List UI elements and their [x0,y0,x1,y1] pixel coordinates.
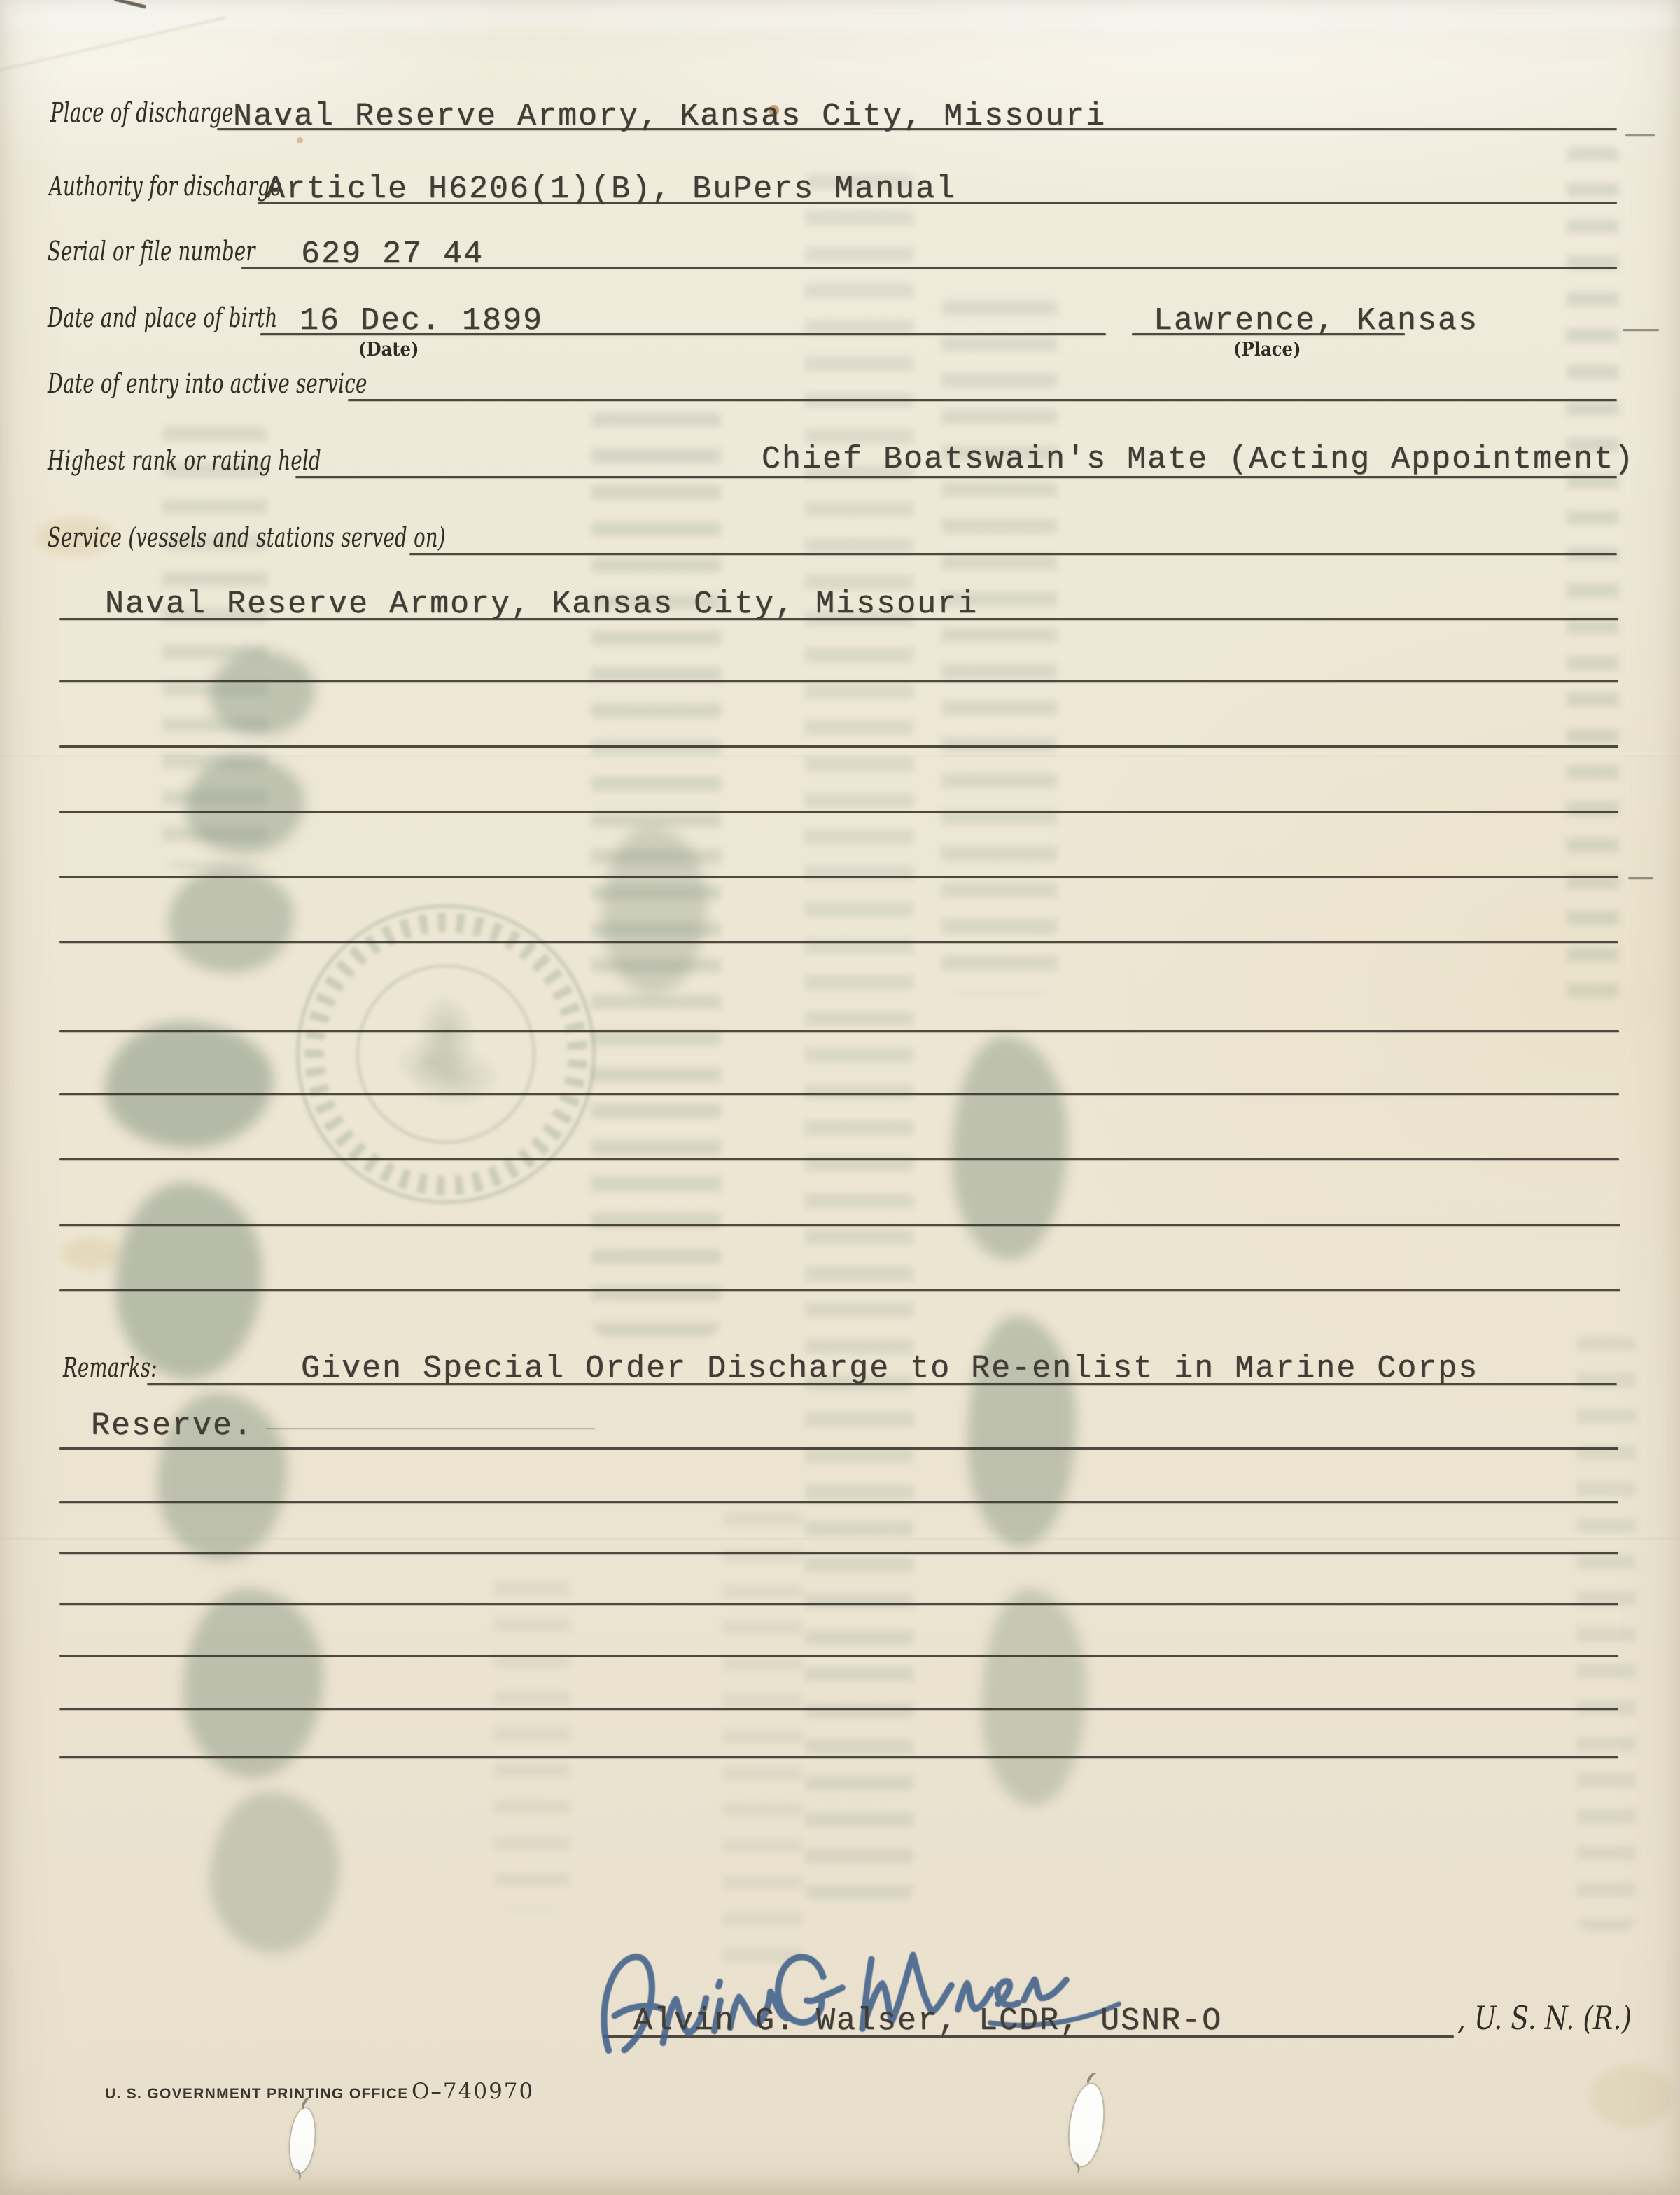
ruled-line [59,1030,1619,1032]
ruled-line [59,1224,1620,1226]
ruled-line [59,1158,1619,1160]
seal-lettering-band [304,913,587,1195]
ruled-line-dash [1625,134,1655,136]
ruled-line [59,1501,1618,1503]
bleed-through-text-column [805,168,913,1904]
field-label-service-vessels-stations: Service (vessels and stations served on) [48,522,446,553]
bleed-through-lettering [210,1792,339,1953]
punch-hole [287,2107,317,2173]
discharge-document-page: Place of discharge Naval Reserve Armory,… [0,0,1680,2195]
ruled-line [59,1552,1618,1554]
bleed-through-text-column [722,1505,803,1981]
ruled-line-dash [1628,877,1653,879]
ruled-line [59,1708,1618,1710]
ruled-line [59,811,1618,813]
print-code: O–740970 [412,2079,534,2104]
paper-stain [1589,2065,1673,2128]
bleed-through-lettering [185,756,304,854]
bleed-through-lettering [210,651,315,735]
field-value-birth-place: Lawrence, Kansas [1154,303,1478,339]
ruled-line [59,941,1618,943]
ruled-line-faint [266,1428,595,1429]
field-label-place-of-discharge: Place of discharge [50,97,234,128]
ruled-line [59,1655,1618,1657]
sublabel-date: (Date) [358,339,419,360]
seal-eagle-emblem [374,983,517,1125]
seal-inner-ring [356,965,535,1144]
punch-hole [1065,2082,1108,2168]
field-label-date-and-place-of-birth: Date and place of birth [48,302,278,333]
handwritten-signature: Alvin G. Walser [584,1909,1135,2068]
ruled-line [348,399,1617,401]
field-value-birth-date: 16 Dec. 1899 [300,303,543,339]
paper-stain [62,1237,119,1270]
bleed-through-lettering [105,1022,273,1148]
bleed-through-lettering [952,1036,1067,1260]
sublabel-place: (Place) [1233,339,1301,360]
pencil-mark [114,0,146,8]
remarks-line-1: Given Special Order Discharge to Re-enli… [301,1351,1478,1387]
ruled-line [59,1289,1620,1291]
ruled-line [59,876,1618,878]
ruled-line [59,1093,1619,1095]
bleed-through-text-column [1576,1330,1636,1932]
signature-typed-name: Alvin G. Walser, LCDR, USNR-O [633,2003,1222,2039]
ruled-line [409,553,1617,555]
bleed-through-text-column [493,1575,570,1911]
ruled-line [59,1603,1618,1605]
field-value-authority-for-discharge: Article H6206(1)(B), BuPers Manual [266,171,956,207]
service-entry-value: Naval Reserve Armory, Kansas City, Misso… [105,587,978,622]
rust-speck [297,137,303,143]
horizontal-crease [0,753,1680,757]
bleed-through-lettering [115,1183,262,1379]
printing-office-imprint: U. S. GOVERNMENT PRINTING OFFICE [105,2086,409,2103]
ruled-line [59,1756,1618,1758]
bleed-through-text-column [591,406,721,1337]
ruled-line [59,745,1618,748]
bleed-through-lettering [981,1589,1086,1806]
ruled-line [59,680,1618,682]
field-value-place-of-discharge: Naval Reserve Armory, Kansas City, Misso… [233,99,1106,134]
field-label-date-of-entry: Date of entry into active service [48,368,367,399]
corner-crease [0,16,225,74]
signature-printed-suffix: , U. S. N. (R.) [1457,1999,1632,2037]
horizontal-crease [0,1536,1680,1539]
field-label-serial-or-file-number: Serial or file number [48,236,255,267]
bleed-through-text-column [162,420,267,868]
remarks-line-2: Reserve. [91,1408,253,1444]
field-value-highest-rank: Chief Boatswain's Mate (Acting Appointme… [762,442,1634,477]
field-label-remarks: Remarks: [63,1352,157,1383]
bleed-through-lettering [168,868,294,973]
ruled-line-dash [1623,329,1659,331]
ruled-line [59,1447,1618,1450]
scan-light-band [0,0,1680,29]
bleed-through-lettering [183,1589,323,1778]
field-label-highest-rank: Highest rank or rating held [48,445,321,476]
field-label-authority-for-discharge: Authority for discharge [49,171,281,202]
bleed-through-text-column [1567,140,1619,1008]
field-value-serial-number: 629 27 44 [301,237,484,272]
bleed-through-lettering [602,826,707,994]
